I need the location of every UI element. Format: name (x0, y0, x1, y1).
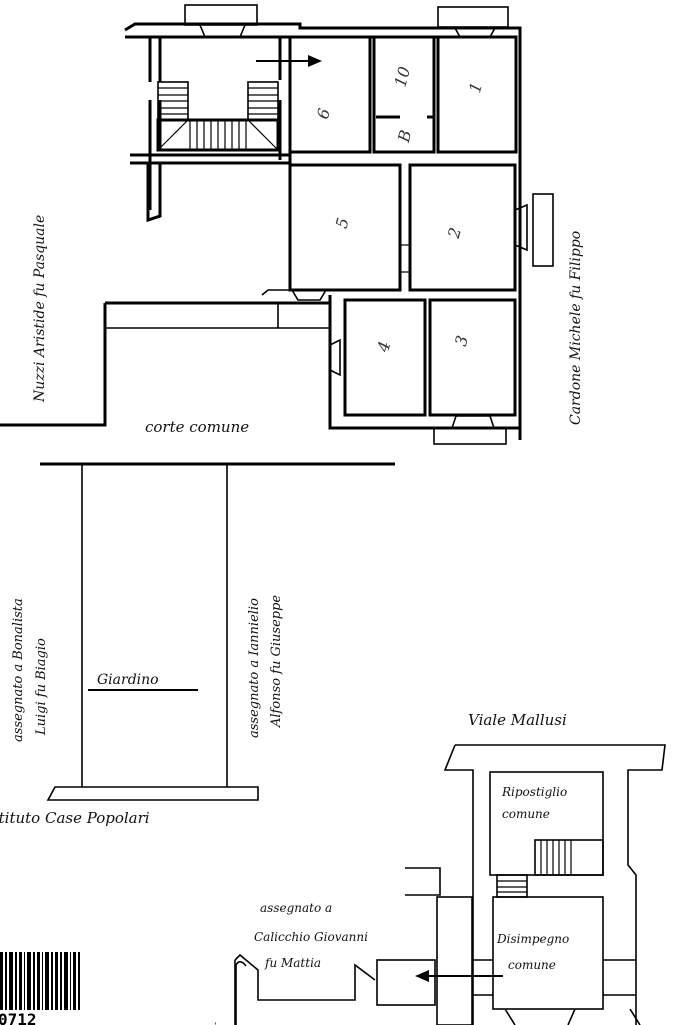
main-building (0, 5, 553, 444)
barcode-number: 0712 (0, 1010, 37, 1025)
barcode (0, 952, 80, 1010)
neighbor-right-label: Cardone Michele fu Filippo (568, 231, 584, 425)
neighbor-left-label: Nuzzi Aristide fu Pasquale (32, 215, 48, 403)
room-1-label: 1 (465, 80, 486, 95)
lower-entry-arrow (415, 970, 503, 982)
garden-right-line2: Alfonso fu Giuseppe (269, 595, 284, 728)
room-b-label: B (394, 128, 416, 145)
storage-stair-treads (541, 840, 571, 875)
assigned-bottom-line2: Calicchio Giovanni (254, 930, 368, 944)
garden-area (40, 464, 395, 800)
garden-left-line2: Luigi fu Biagio (34, 638, 49, 736)
street-label: Viale Mallusi (468, 711, 567, 729)
garden-label: Giardino (97, 672, 159, 688)
room-10-label: 10 (391, 65, 415, 90)
hallway-label-line1: Disimpegno (496, 932, 569, 946)
stair-treads-right (248, 88, 278, 114)
garden-right-line1: assegnato a Iannielio (247, 598, 262, 738)
room-4-label: 4 (373, 339, 394, 355)
courtyard-label: corte comune (145, 418, 249, 436)
room-6-label: 6 (313, 106, 334, 121)
assigned-bottom-line1: assegnato a (260, 901, 332, 915)
stair-treads-left (158, 88, 188, 114)
stair-landing-treads (190, 120, 246, 150)
storage-label-line2: comune (502, 807, 550, 821)
storage-label-line1: Ripostiglio (501, 785, 567, 799)
room-2-label: 2 (444, 225, 465, 241)
lower-building (235, 745, 665, 1025)
room-3-label: 3 (451, 333, 472, 348)
room-5-label: 5 (332, 216, 353, 231)
assigned-bottom-line3: fu Mattia (264, 956, 321, 970)
garden-left-line1: assegnato a Bonalista (11, 598, 26, 742)
floor-plan: 6 10 B 1 5 2 4 3 Nuzzi Aristide fu Pasqu… (0, 0, 683, 1025)
bottom-street-label: Istituto Case Popolari (0, 809, 150, 827)
hallway-label-line2: comune (508, 958, 556, 972)
